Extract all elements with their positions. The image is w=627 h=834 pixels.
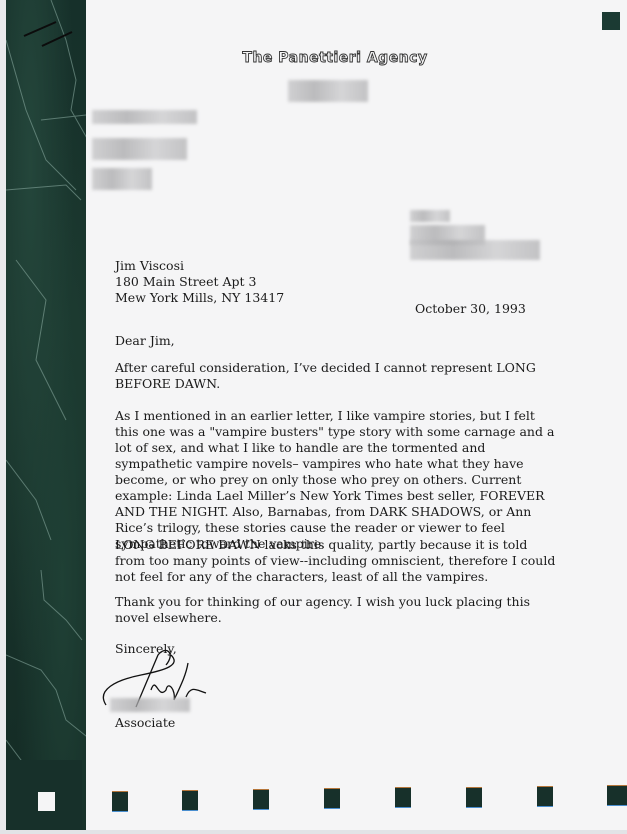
recipient-address: Jim Viscosi 180 Main Street Apt 3 Mew Yo… (115, 258, 284, 306)
scan-bottom-edge (0, 830, 627, 834)
redacted-sender-address (92, 110, 197, 124)
square-decoration (324, 788, 340, 809)
recipient-city: Mew York Mills, NY 13417 (115, 290, 284, 306)
signer-title: Associate (115, 715, 175, 730)
square-decoration (253, 789, 269, 810)
square-decoration (395, 787, 411, 808)
marble-veins (6, 0, 86, 830)
square-decoration (112, 791, 128, 812)
square-decoration (537, 786, 553, 807)
marble-sidebar (6, 0, 86, 830)
corner-block-cutout (38, 792, 55, 811)
agency-letterhead: The Panettieri Agency (240, 50, 430, 66)
redacted-sender-address (92, 138, 187, 160)
paragraph-critique: LONG BEFORE DAWN lacks this quality, par… (115, 537, 560, 585)
redacted-sender-info (410, 240, 540, 260)
redacted-signer-name (110, 698, 190, 712)
corner-square-decoration (602, 12, 620, 30)
redacted-sender-address (92, 168, 152, 190)
redacted-agency-address (288, 80, 368, 102)
square-decoration (607, 785, 627, 806)
paragraph-decision: After careful consideration, I’ve decide… (115, 360, 560, 392)
square-decoration (182, 790, 198, 811)
redacted-sender-info (410, 210, 450, 222)
salutation: Dear Jim, (115, 333, 175, 348)
recipient-name: Jim Viscosi (115, 258, 284, 274)
square-decoration (466, 787, 482, 808)
recipient-street: 180 Main Street Apt 3 (115, 274, 284, 290)
paragraph-reasoning: As I mentioned in an earlier letter, I l… (115, 408, 560, 552)
handwritten-signature (96, 645, 226, 725)
paragraph-thanks: Thank you for thinking of our agency. I … (115, 594, 560, 626)
letter-date: October 30, 1993 (415, 301, 526, 316)
